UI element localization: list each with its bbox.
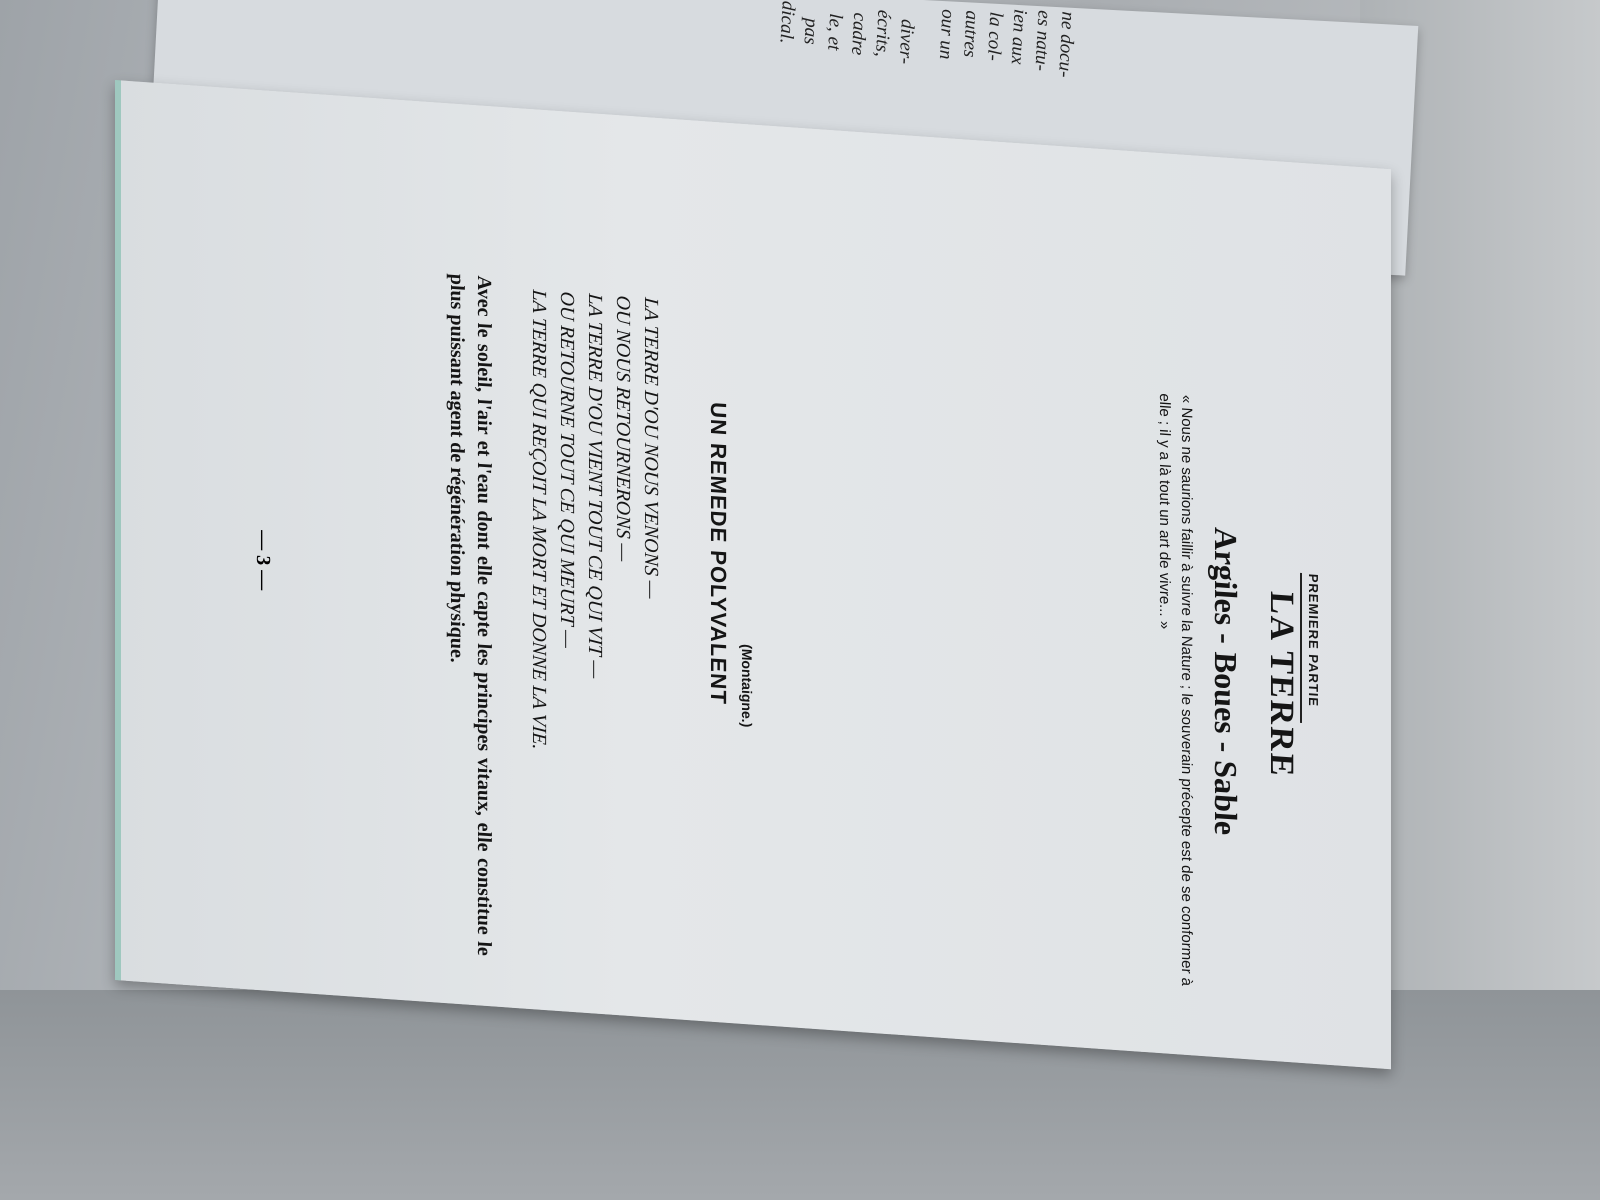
text-fragment: autres [958,10,982,58]
section-heading: UN REMEDE POLYVALENT [705,401,731,973]
epigraph: « Nous ne saurions faillir à suivre la N… [777,366,1197,1005]
text-fragment: pas [798,18,821,46]
chapter-title: LA TERRE [1262,590,1300,1013]
text-fragment: es natu- [1029,10,1054,72]
poem-line: LA TERRE D'OU VIENT TOUT CE QUI VIT — [581,293,609,965]
book-page: PREMIERE PARTIE LA TERRE Argiles - Boues… [115,80,1391,1069]
poem-line: OU RETOURNE TOUT CE QUI MEURT — [553,291,581,963]
paragraph: Avec le soleil, l'air et l'eau dont elle… [0,231,497,956]
poem: LA TERRE D'OU NOUS VENONS — OU NOUS RETO… [525,289,665,969]
text-fragment: la col- [982,11,1007,61]
text-fragment: diver- [894,19,918,65]
chapter-subtitle: Argiles - Boues - Sable [1207,526,1244,1009]
poem-line: LA TERRE QUI REÇOIT LA MORT ET DONNE LA … [525,289,553,961]
text-fragment: le, et [822,13,846,51]
page-number: — 3 — [251,530,274,592]
section-label: PREMIERE PARTIE [1300,573,1321,724]
text-fragment: ien aux [1006,8,1031,64]
text-fragment: our un [934,9,959,60]
text-fragment: écrits, [870,9,894,57]
epigraph-author: (Montaigne.) [739,644,755,975]
text-fragment: dical. [774,0,798,44]
text-fragment: ne docu- [1053,11,1078,78]
previous-page-text: ne docu- es natu- ien aux la col- autres… [713,0,1078,118]
poem-line: LA TERRE D'OU NOUS VENONS — [637,297,665,969]
page-content: PREMIERE PARTIE LA TERRE Argiles - Boues… [321,224,1321,1014]
poem-line: OU NOUS RETOURNERONS — [609,295,637,967]
text-fragment: cadre [846,12,870,56]
